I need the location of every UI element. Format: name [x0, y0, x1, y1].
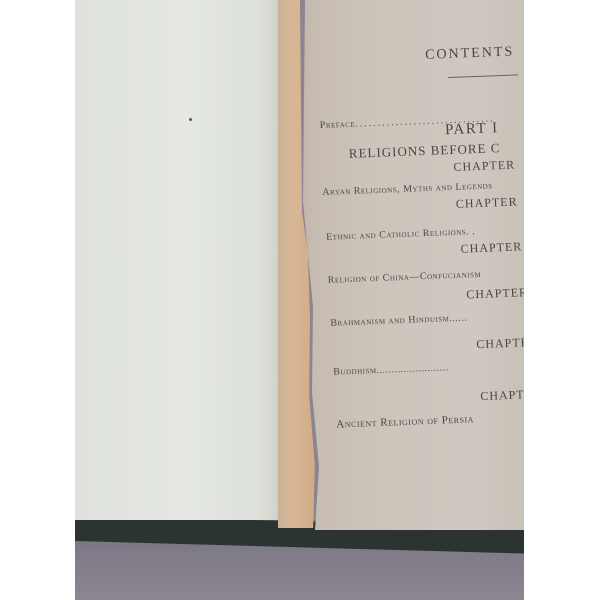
toc-entry: Religion of China—Confucianism: [328, 269, 482, 286]
toc-entry: Aryan Religions, Myths and Legends: [322, 180, 493, 198]
toc-entry: Brahmanism and Hinduism......: [330, 313, 467, 329]
toc-entry: Ethnic and Catholic Religions. .: [326, 226, 476, 243]
chapter-heading: CHAPTER: [460, 239, 522, 256]
title-rule: [448, 74, 518, 78]
table-of-contents: CONTENTS Preface........................…: [75, 0, 524, 531]
chapter-heading: CHAPTER: [476, 335, 524, 352]
toc-entry: Ancient Religion of Persia: [336, 413, 474, 430]
chapter-heading: CHAPTER: [480, 387, 524, 404]
contents-title: CONTENTS: [425, 45, 515, 64]
chapter-heading: CHAPTER: [453, 158, 515, 175]
chapter-heading: CHAPTER: [466, 285, 524, 302]
book-photo: CONTENTS Preface........................…: [75, 0, 524, 600]
part-heading: PART I: [445, 120, 499, 139]
chapter-heading: CHAPTER: [456, 194, 518, 211]
toc-entry: Buddhism........................: [333, 362, 449, 377]
